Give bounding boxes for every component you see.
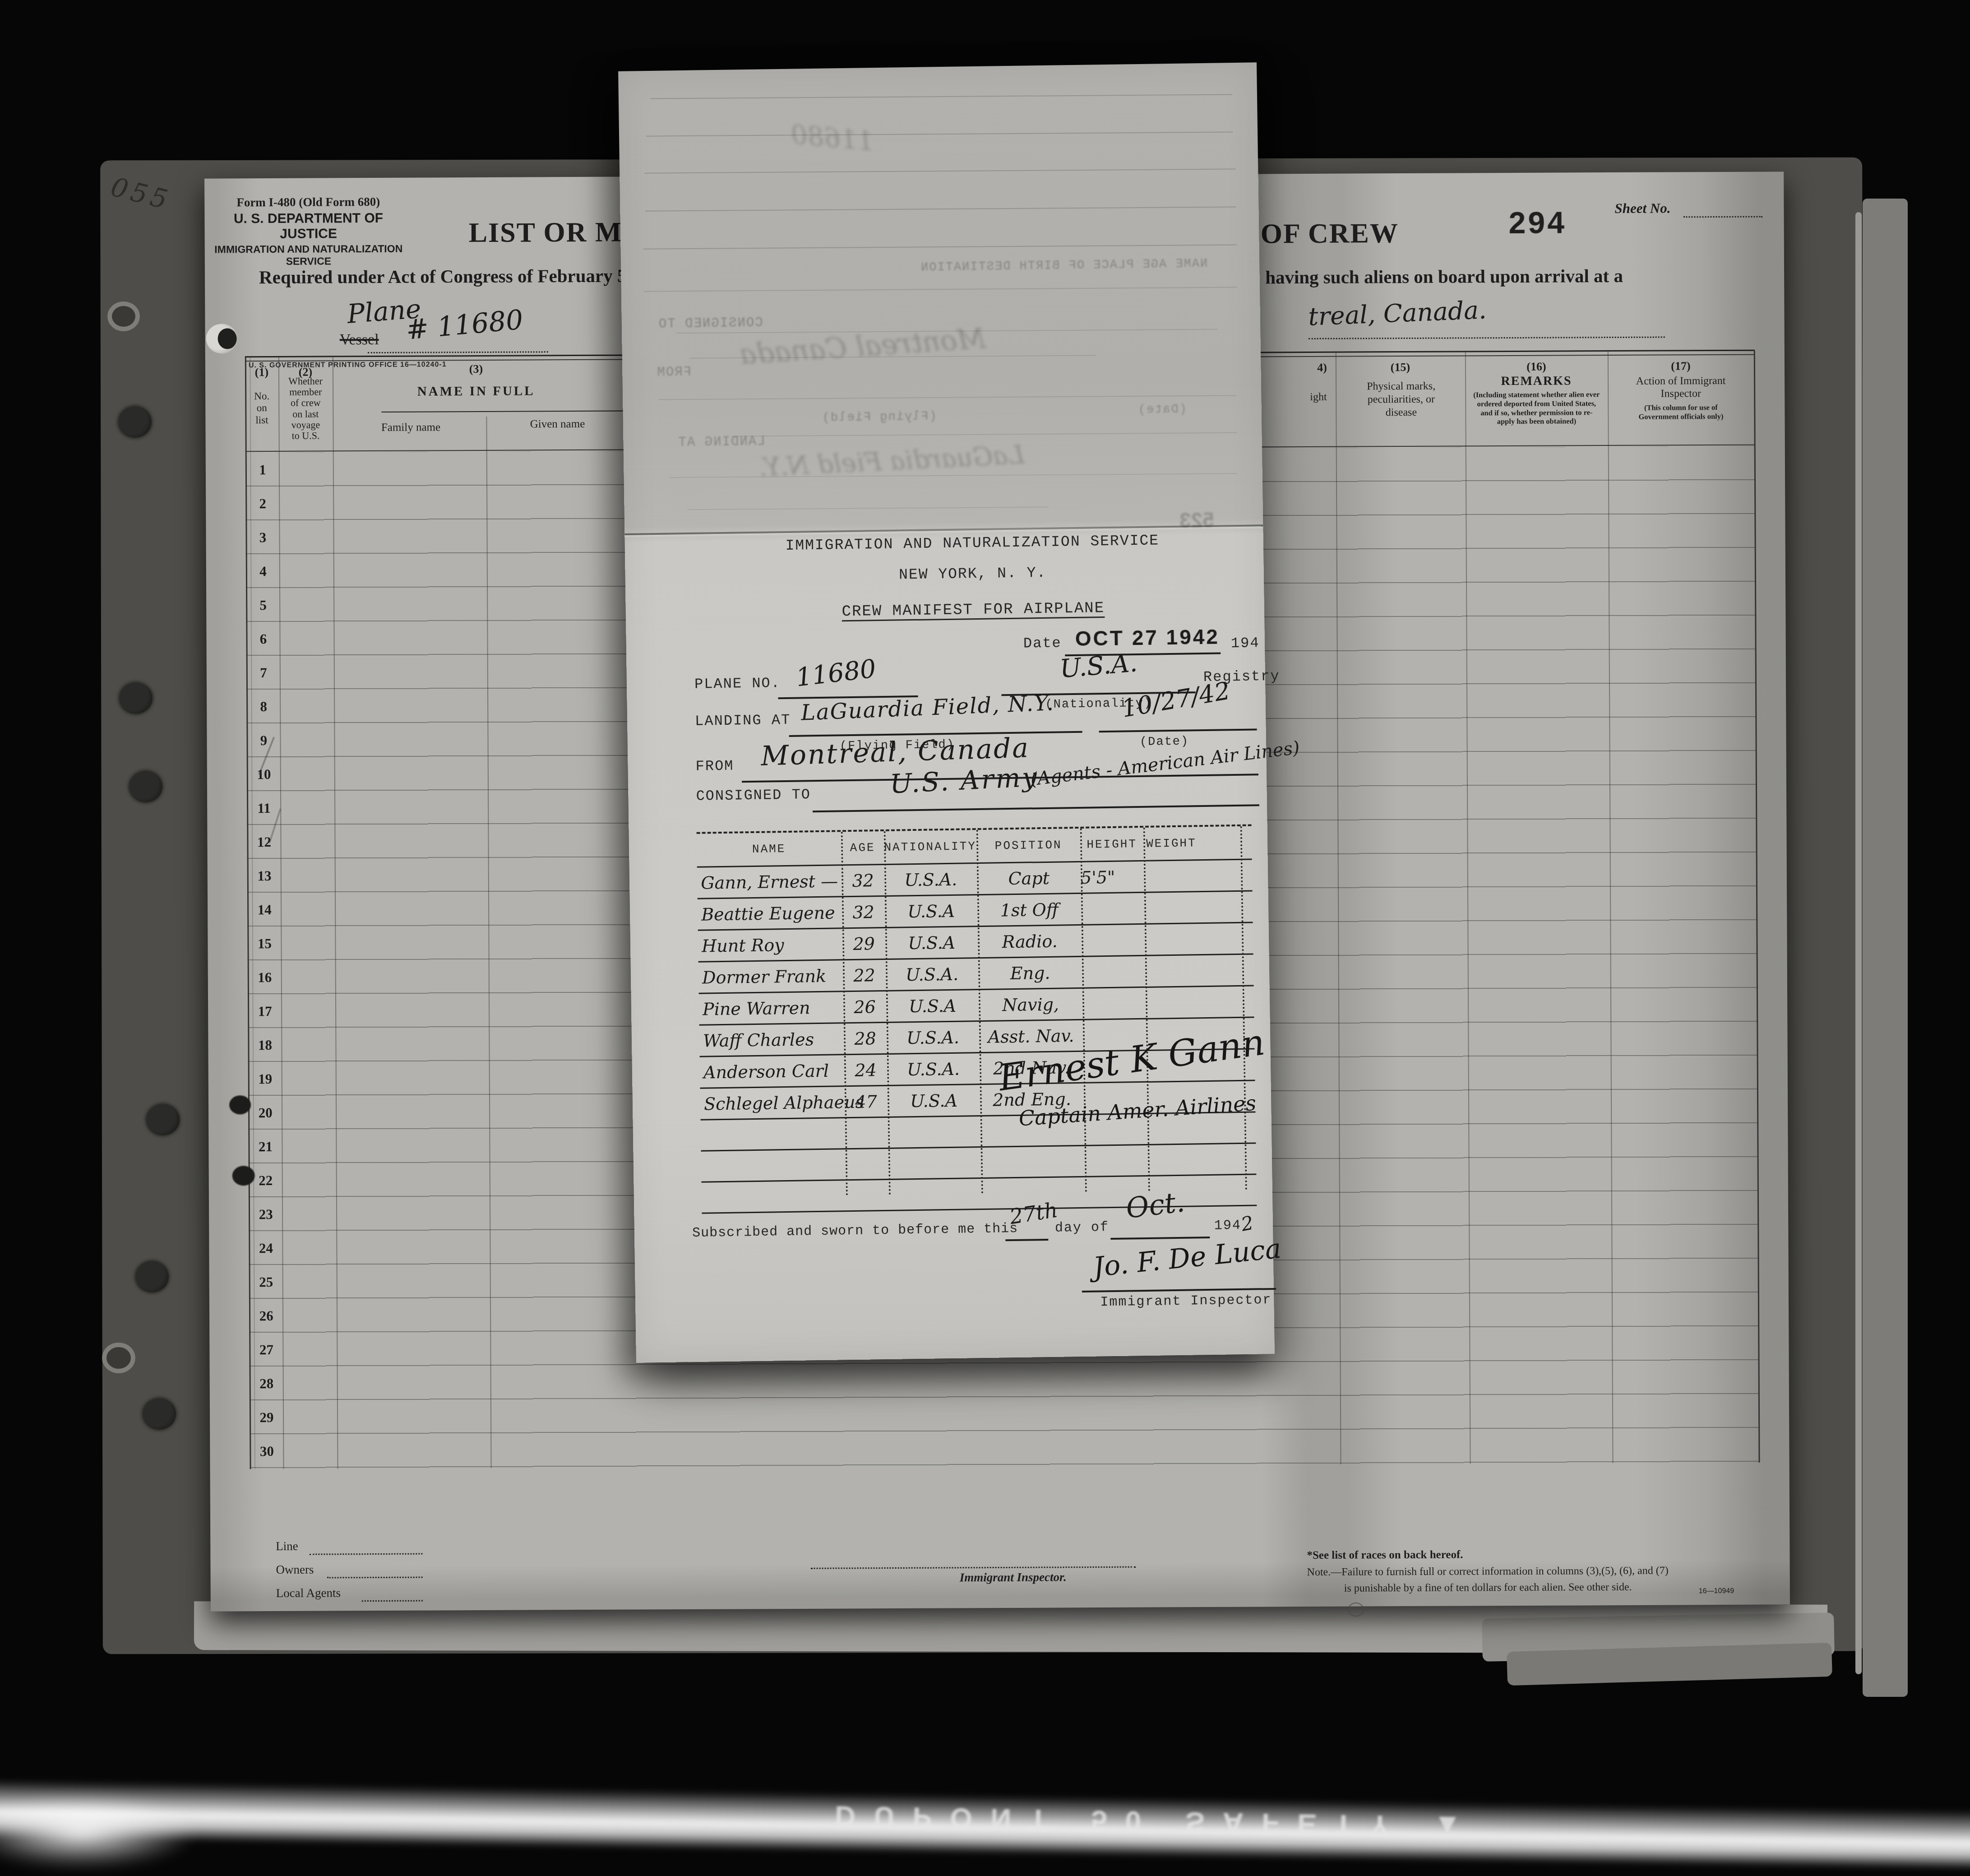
crew-height [1083,1034,1146,1035]
arrival-line-fragment: having such aliens on board upon arrival… [1265,265,1623,288]
row-number: 19 [250,1062,281,1096]
row-number: 23 [250,1197,281,1231]
row-number: 16 [250,960,280,994]
sworn-year-printed: 194 [1214,1218,1241,1234]
col17-number: (17) [1608,359,1754,373]
manifest-title: CREW MANIFEST FOR AIRPLANE [707,598,1239,622]
date-sub-label: (Date) [1140,735,1189,750]
row-number: 22 [250,1163,281,1197]
crew-manifest-sheet: NAME AGE PLACE OF BIRTH DESTINATION CONS… [618,62,1275,1362]
crew-age: 28 [844,1028,887,1048]
bleed-stamp-mirrored: 523 [1179,508,1214,533]
crew-height [1081,908,1144,909]
crew-age: 22 [843,965,886,985]
act-of-congress-line: Required under Act of Congress of Februa… [259,264,654,288]
row-number: 30 [251,1434,282,1468]
row-number: 8 [248,690,279,723]
inspector-signature-blank [810,1555,1135,1569]
row-number: 5 [248,588,278,622]
bleed-rule [643,245,1237,250]
crew-col-nationality: NATIONALITY [884,839,976,854]
col1-number: (1) [245,366,278,379]
col16-number: (16) [1465,360,1608,374]
form-title-right-fragment: OF CREW [1260,218,1399,250]
service-name: IMMIGRATION AND NATURALIZATION SERVICE [214,243,403,268]
col1-label: No. on list [245,390,278,426]
crew-weight [1146,1001,1254,1003]
crew-nationality: U.S.A [886,996,979,1017]
ink-blob [232,1166,255,1186]
date-label: Date [1023,635,1062,652]
bleed-handwriting-mirrored: 11680 [789,119,875,157]
stamp-mark-circle [1348,1602,1364,1617]
bleed-rule [688,507,1049,510]
brad-fastener [129,771,162,802]
crew-table-body: Gann, Ernest —32U.S.A.Capt5'5"Beattie Eu… [697,860,1256,1121]
row-number: 7 [248,656,279,690]
sworn-day-of: day of [1055,1220,1109,1236]
crew-name: Pine Warren [699,997,844,1019]
bleed-table-header-mirrored: NAME AGE PLACE OF BIRTH DESTINATION [689,257,1207,278]
line-label: Line [276,1539,298,1553]
col3-label: NAME IN FULL [384,384,569,399]
crew-name: Schlegel Alphaeus [700,1092,845,1114]
consigned-to-label: CONSIGNED TO [696,786,811,805]
crew-position: Navig, [979,994,1083,1015]
from-label: FROM [695,758,734,775]
brad-fastener [146,1104,180,1135]
col15-number: (15) [1336,360,1465,374]
inspector-signature-handwritten: Jo. F. De Luca [1091,1233,1282,1283]
row-number: 24 [250,1231,281,1265]
col14-number-fragment: 4) [1310,361,1334,375]
crew-name: Waff Charles [699,1029,844,1051]
bleed-rule [644,287,1237,292]
crew-position: Radio. [978,931,1082,952]
form-number: Form I-480 (Old Form 680) [213,195,403,210]
crew-weight [1145,938,1253,940]
bleed-consigned-mirrored: CONSIGNED TO [658,315,763,332]
crew-col-position: POSITION [976,838,1080,853]
brad-fastener [143,1398,176,1430]
note-races: *See list of races on back hereof. [1307,1549,1463,1562]
manifest-service-line: IMMIGRATION AND NATURALIZATION SERVICE [706,531,1239,555]
col3-given-label: Given name [508,418,607,431]
crew-height: 5'5" [1081,866,1144,887]
row-number: 28 [251,1366,282,1400]
inspector-caption: Immigrant Inspector. [960,1570,1067,1584]
col15-label: Physical marks, peculiarities, or diseas… [1342,380,1460,420]
bleed-rule [669,473,1238,478]
crew-age: 29 [842,933,886,954]
row-number: 21 [250,1130,281,1163]
punched-hole [107,301,140,331]
punched-hole [102,1343,135,1373]
row-number: 25 [251,1265,282,1299]
brad-fastener [118,406,152,438]
crew-age: 47 [845,1091,888,1112]
bleed-handwriting-mirrored: Montreal Canada [739,321,987,371]
bleed-rule [644,169,1235,174]
owners-blank [327,1565,423,1579]
row-number: 2 [247,486,278,520]
col14-label-fragment: ight [1310,391,1327,403]
crew-height [1082,1003,1146,1004]
department-name: U. S. DEPARTMENT OF JUSTICE [213,211,403,242]
crew-col-name: NAME [697,841,841,857]
crew-name: Dormer Frank [698,966,843,987]
row-number: 1 [247,453,278,486]
note-failure-line1: Note.—Failure to furnish full or correct… [1307,1565,1669,1579]
sworn-year-handwritten: 2 [1239,1212,1255,1236]
crew-nationality: U.S.A. [887,1027,980,1048]
brad-fastener [119,682,153,714]
plane-no-label: PLANE NO. [694,675,781,693]
inspector-typed-label: Immigrant Inspector [1100,1292,1272,1310]
crew-col-age: AGE [841,841,884,855]
crew-col-height: HEIGHT [1080,837,1143,852]
film-strip-edge [1863,199,1908,1697]
crew-age: 32 [842,902,885,922]
sworn-statement: Subscribed and sworn to before me this [692,1221,1018,1241]
row-number: 13 [249,859,280,893]
ink-blob [229,1095,251,1114]
crew-col-weight: WEIGHT [1143,836,1252,851]
bleed-landing-mirrored: LANDING AT [677,434,765,450]
name-in-full-underline [381,411,625,412]
owners-label: Owners [276,1563,314,1577]
crew-height [1082,940,1145,940]
bleed-date-mirrored: (Date) [1137,403,1187,417]
crew-name: Beattie Eugene [698,903,842,924]
local-agents-blank [362,1589,423,1602]
manifest-city-line: NEW YORK, N. Y. [707,562,1239,586]
col16-title: REMARKS [1469,374,1604,389]
landing-at-label: LANDING AT [695,712,791,730]
sworn-day-blank [1005,1219,1049,1241]
crew-name: Gann, Ernest — [697,871,842,893]
crew-position: Eng. [978,962,1082,983]
inspector-signature-underline [1082,1288,1276,1292]
crew-position: Capt [977,867,1081,889]
crew-name: Hunt Roy [698,934,843,956]
bleed-flying-field-mirrored: (Flying Field) [822,410,937,425]
row-number-column: 1234567891011121314151617181920212223242… [247,453,282,1468]
row-number: 14 [249,893,280,926]
crew-weight [1144,875,1252,876]
scanned-document-photograph: 055 3 Form I-480 (Old Form 680) U. S. DE… [0,0,1970,1876]
arrival-port-blank [1309,321,1665,339]
brad-fastener [135,1261,169,1292]
row-number: 4 [248,554,278,588]
row-number: 11 [249,791,279,825]
crew-age: 24 [844,1060,888,1080]
crew-age: 26 [843,996,887,1017]
crew-name: Anderson Carl [700,1061,845,1082]
bleed-rule [645,207,1236,212]
col17-title: Action of Immigrant Inspector [1612,375,1749,401]
note-failure-line2: is punishable by a fine of ten dollars f… [1344,1581,1632,1595]
crew-weight [1144,907,1253,908]
row-number: 3 [247,520,278,554]
crew-nationality: U.S.A [885,901,978,922]
row-number: 6 [248,622,278,656]
bleed-rule [650,94,1232,99]
col2-label: Whether member of crew on last voyage to… [278,375,333,441]
col16-subtext: (Including statement whether alien ever … [1468,390,1605,426]
row-number: 26 [251,1299,282,1333]
row-number: 20 [250,1096,281,1130]
row-number: 17 [250,994,280,1028]
row-number: 27 [251,1333,282,1366]
crew-table: NAME AGE NATIONALITY POSITION HEIGHT WEI… [697,825,1257,1214]
row-number: 15 [249,926,280,960]
backing-edge-highlight [1855,212,1862,1674]
crew-nationality: U.S.A [885,932,978,954]
row-number: 29 [251,1400,282,1434]
col3-number: (3) [386,362,566,376]
sheet-no-blank [1683,201,1762,218]
crew-nationality: U.S.A. [884,869,977,890]
row-number: 12 [249,825,279,859]
bleed-rule [731,432,1237,437]
crew-position: 1st Off [977,899,1082,920]
sheet-no-label: Sheet No. [1614,200,1670,217]
crew-nationality: U.S.A [888,1090,980,1112]
crew-position: Asst. Nav. [979,1025,1083,1047]
crew-age: 32 [842,870,885,890]
col17-subtext: (This column for use of Government offic… [1612,403,1749,422]
row-number: 9 [248,723,279,757]
local-agents-label: Local Agents [276,1586,341,1600]
col3-family-label: Family name [363,421,458,434]
crew-nationality: U.S.A. [887,1059,980,1080]
crew-nationality: U.S.A. [886,964,979,985]
page-number-stamp: 294 [1508,205,1567,241]
print-code: 16—10949 [1699,1587,1734,1595]
date-year-printed: 194 [1231,635,1260,652]
line-blank [310,1542,422,1555]
bleed-rule [646,132,1233,137]
form-grommet-pin [218,328,237,349]
crew-weight [1145,970,1253,971]
bleed-rule [659,395,1236,400]
row-number: 18 [250,1028,280,1062]
date-received-stamp: OCT 27 1942 [1075,625,1220,651]
crew-height [1082,971,1145,972]
sworn-month-blank [1110,1217,1210,1240]
bleed-from-mirrored: FROM [656,365,691,380]
